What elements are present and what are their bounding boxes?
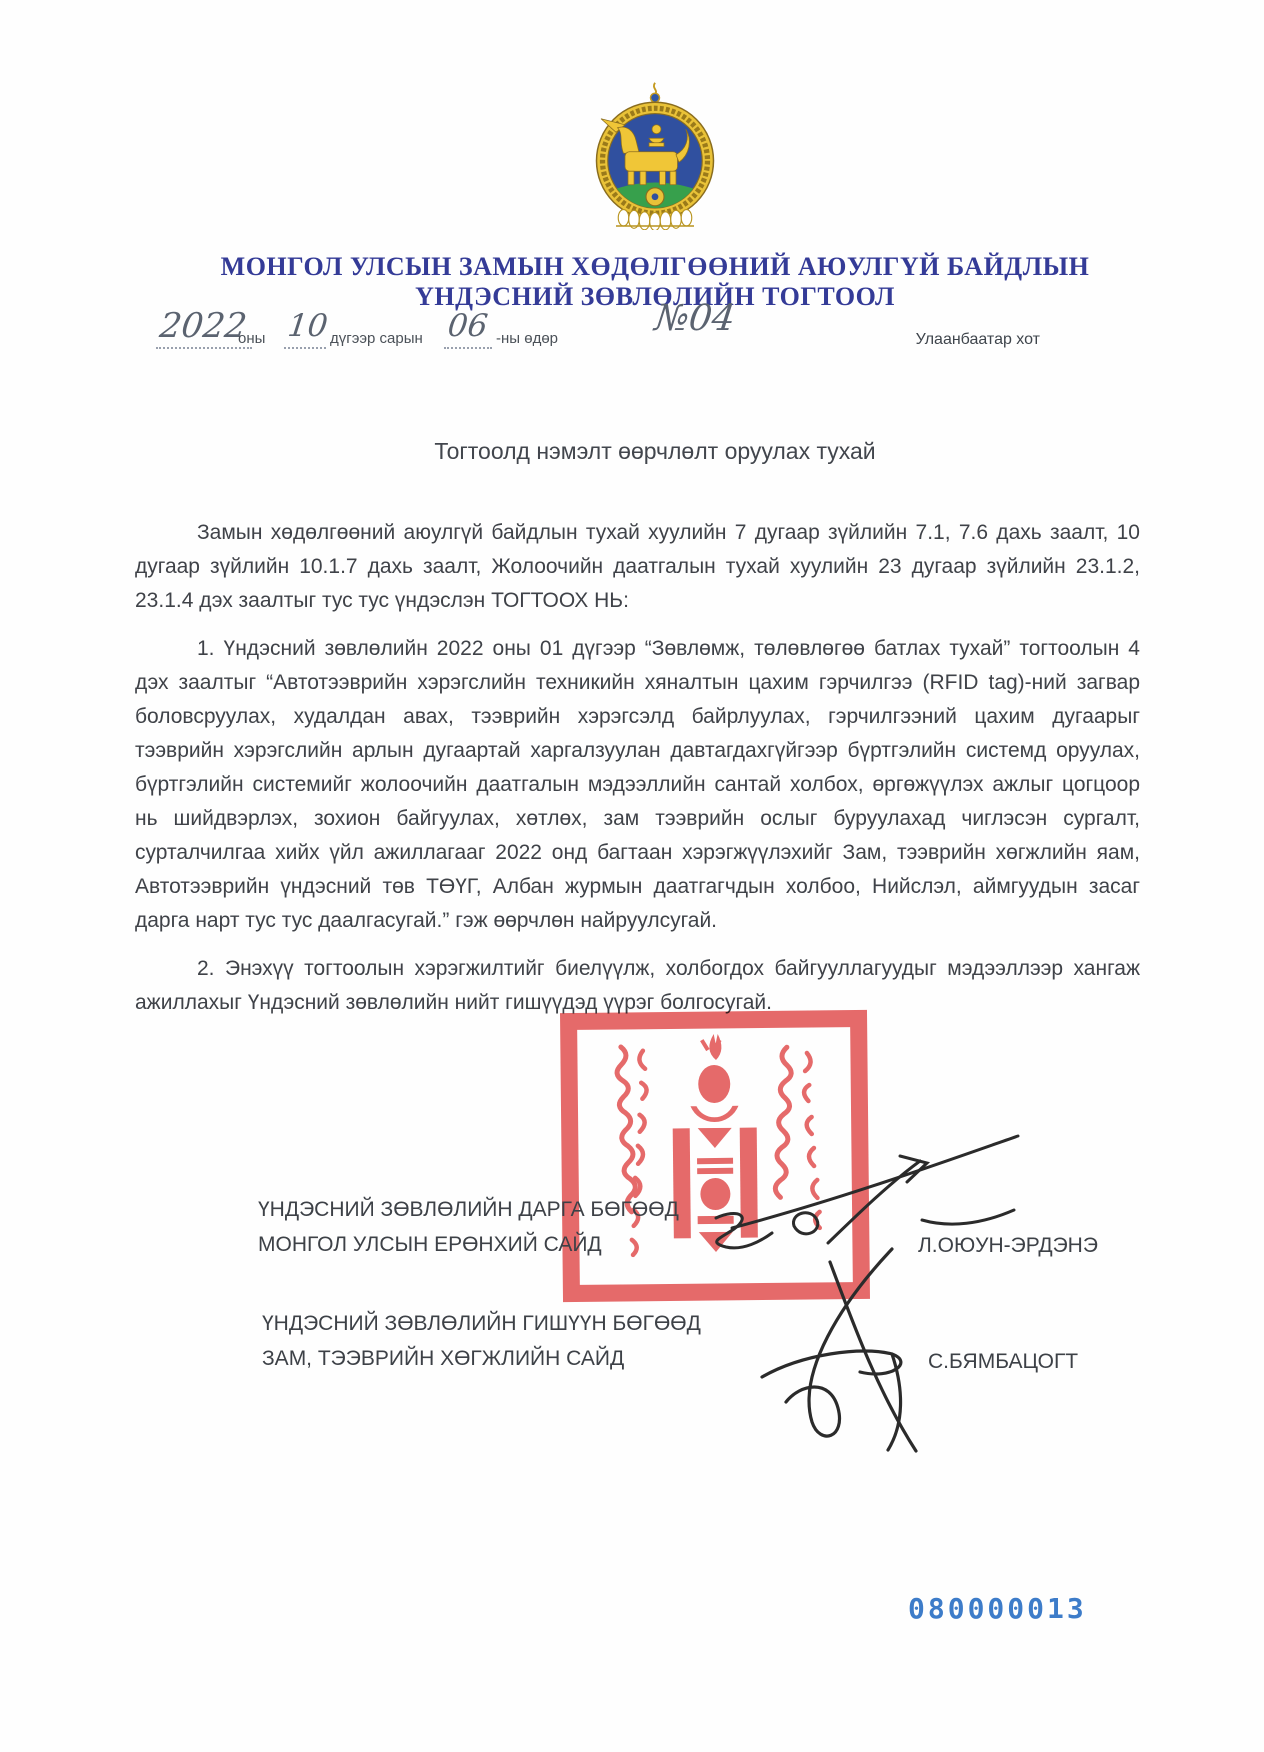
day-label: -ны өдөр — [496, 330, 558, 347]
document-body: Замын хөдөлгөөний аюулгүй байдлын тухай … — [135, 516, 1140, 1034]
signatory-1-title-line2: МОНГОЛ УЛСЫН ЕРӨНХИЙ САЙД — [258, 1227, 679, 1262]
month-label: дүгээр сарын — [330, 330, 423, 347]
serial-number: 080000013 — [908, 1592, 1087, 1625]
handwritten-day: 06 — [446, 308, 490, 344]
signatory-1-titles: ҮНДЭСНИЙ ЗӨВЛӨЛИЙН ДАРГА БӨГӨӨД МОНГОЛ У… — [258, 1192, 679, 1262]
city-label: Улаанбаатар хот — [880, 331, 1040, 349]
dotted-blank-day — [444, 347, 492, 349]
signature-1-scribble — [688, 1128, 1028, 1263]
dotted-blank-month — [284, 347, 326, 349]
signatory-2-name: С.БЯМБАЦОГТ — [928, 1350, 1078, 1374]
year-label: оны — [238, 330, 265, 347]
org-title: МОНГОЛ УЛСЫН ЗАМЫН ХӨДӨЛГӨӨНИЙ АЮУЛГҮЙ Б… — [135, 252, 1175, 312]
signatory-1-title-line1: ҮНДЭСНИЙ ЗӨВЛӨЛИЙН ДАРГА БӨГӨӨД — [258, 1192, 679, 1227]
handwritten-month: 10 — [286, 308, 330, 344]
document-subject: Тогтоолд нэмэлт өөрчлөлт оруулах тухай — [135, 438, 1175, 465]
handwritten-doc-number: №04 — [652, 298, 737, 339]
preamble-paragraph: Замын хөдөлгөөний аюулгүй байдлын тухай … — [135, 516, 1140, 618]
dotted-blank-year — [156, 347, 252, 349]
handwritten-year: 2022 — [158, 306, 249, 346]
signatory-2-title-line1: ҮНДЭСНИЙ ЗӨВЛӨЛИЙН ГИШҮҮН БӨГӨӨД — [262, 1306, 701, 1341]
clause-1-paragraph: 1. Үндэсний зөвлөлийн 2022 оны 01 дүгээр… — [135, 632, 1140, 938]
org-title-line1: МОНГОЛ УЛСЫН ЗАМЫН ХӨДӨЛГӨӨНИЙ АЮУЛГҮЙ Б… — [135, 252, 1175, 282]
signatory-2-title-line2: ЗАМ, ТЭЭВРИЙН ХӨГЖЛИЙН САЙД — [262, 1341, 701, 1376]
signatory-2-titles: ҮНДЭСНИЙ ЗӨВЛӨЛИЙН ГИШҮҮН БӨГӨӨД ЗАМ, ТЭ… — [262, 1306, 701, 1376]
signature-2-scribble — [742, 1244, 932, 1456]
mongolia-state-emblem-icon — [580, 78, 730, 230]
resolution-document-page: МОНГОЛ УЛСЫН ЗАМЫН ХӨДӨЛГӨӨНИЙ АЮУЛГҮЙ Б… — [0, 0, 1264, 1752]
